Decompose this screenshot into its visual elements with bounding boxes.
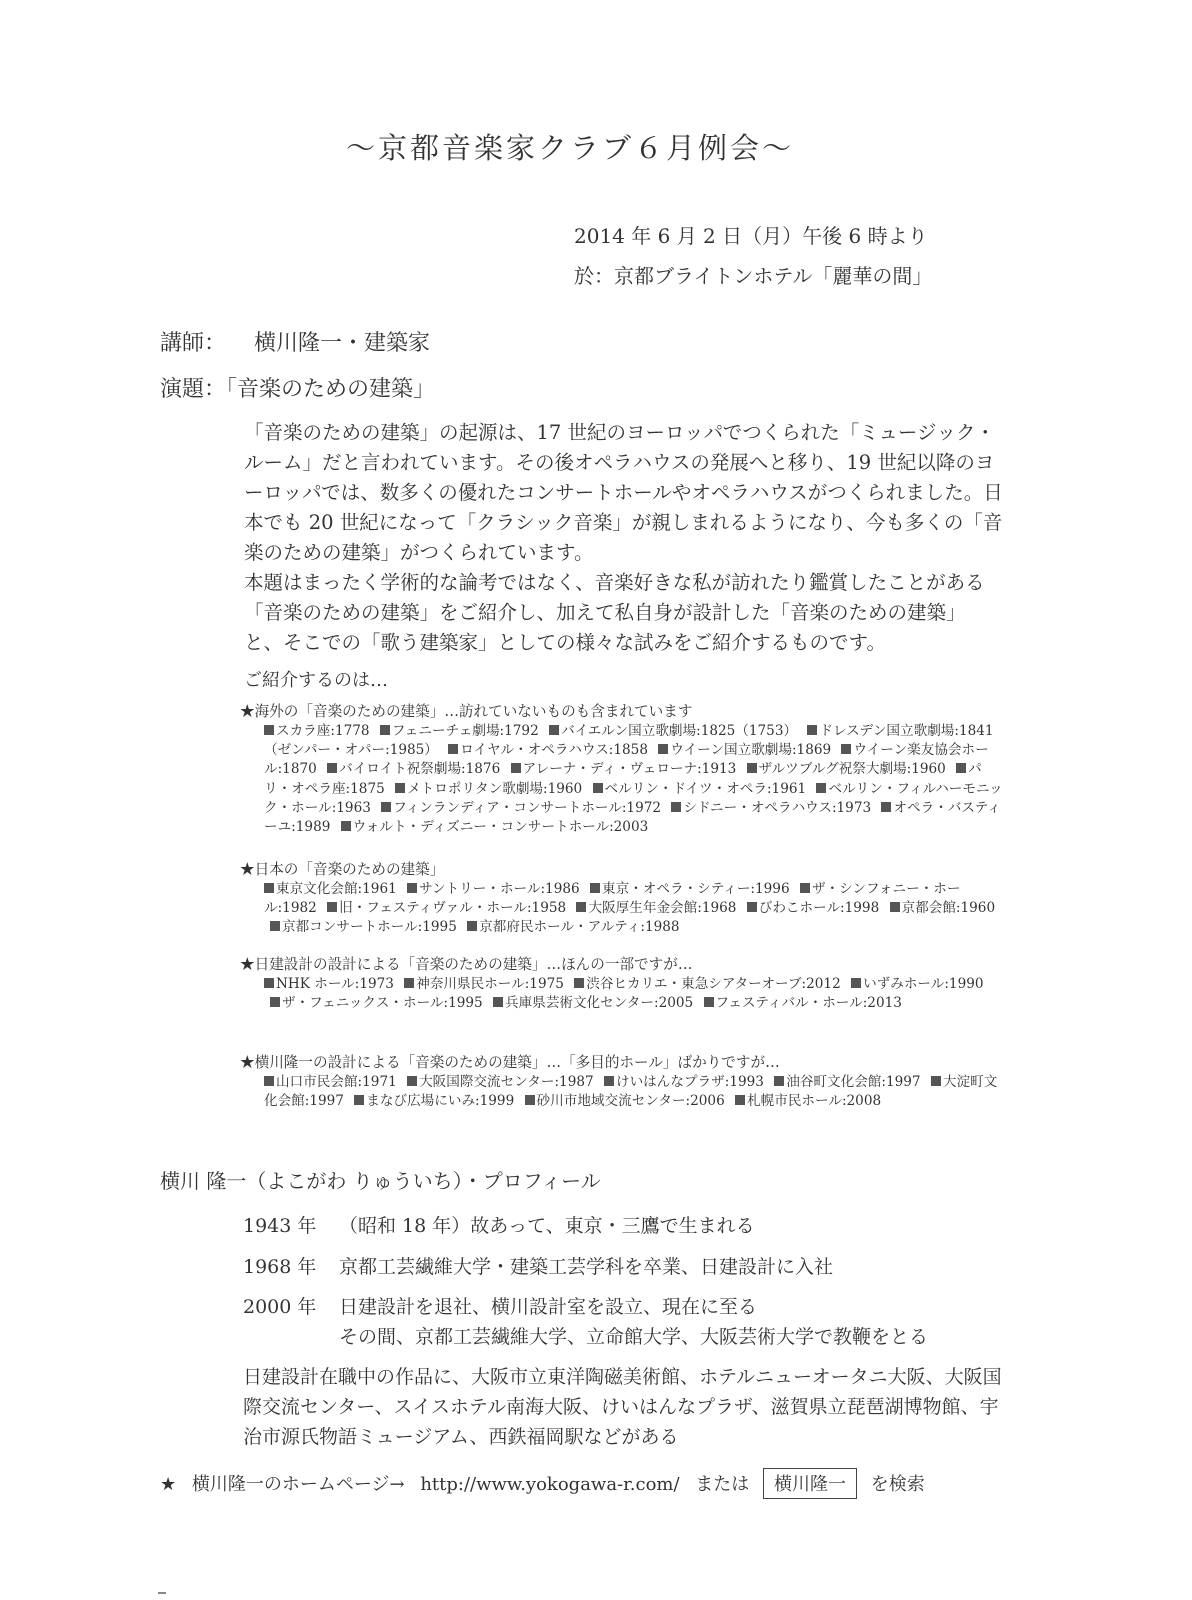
- venue-item: フィンランディア・コンサートホール:1972: [393, 800, 661, 816]
- square-bullet-icon: [549, 725, 559, 735]
- venue-item: 大阪厚生年金会館:1968: [588, 900, 736, 916]
- star-icon: ★: [160, 1474, 176, 1495]
- venue-list: NHK ホール:1973 神奈川県民ホール:1975 渋谷ヒカリエ・東急シアター…: [240, 975, 1004, 1013]
- venue-item: 東京・オペラ・シティー:1996: [602, 881, 790, 897]
- page-title: ～京都音楽家クラブ６月例会～: [0, 126, 1140, 167]
- venue-item: 大阪国際交流センター:1987: [419, 1074, 594, 1090]
- square-bullet-icon: [890, 902, 900, 912]
- history-row: 2000 年日建設計を退社、横川設計室を設立、現在に至る: [243, 1292, 757, 1319]
- square-bullet-icon: [404, 978, 414, 988]
- lecturer-row: 講師：横川隆一・建築家: [160, 326, 430, 357]
- profile-works: 日建設計在職中の作品に、大阪市立東洋陶磁美術館、ホテルニューオータニ大阪、大阪国…: [243, 1362, 1003, 1452]
- group-heading: ★横川隆一の設計による「音楽のための建築」…「多目的ホール」ばかりですが…: [240, 1053, 1010, 1073]
- venue-item: 京都コンサートホール:1995: [282, 919, 457, 935]
- venue-item: 渋谷ヒカリエ・東急シアターオーブ:2012: [586, 976, 841, 992]
- venue-group-overseas: ★海外の「音楽のための建築」…訪れていないものも含まれています スカラ座:177…: [240, 702, 1010, 837]
- venue-item: ザルツブルグ祝祭大劇場:1960: [759, 761, 946, 777]
- venue-item: 札幌市民ホール:2008: [747, 1093, 881, 1109]
- history-text: 日建設計を退社、横川設計室を設立、現在に至る: [339, 1296, 757, 1318]
- lecturer-name: 横川隆一・建築家: [254, 331, 430, 356]
- square-bullet-icon: [671, 802, 681, 812]
- venue-item: サントリー・ホール:1986: [419, 881, 580, 897]
- square-bullet-icon: [354, 1095, 364, 1105]
- lecturer-label: 講師：: [160, 331, 226, 356]
- venue-group-japan: ★日本の「音楽のための建築」 東京文化会館:1961 サントリー・ホール:198…: [240, 860, 1010, 938]
- homepage-label: 横川隆一のホームページ→: [192, 1474, 405, 1495]
- square-bullet-icon: [270, 921, 280, 931]
- group-heading: ★日建設計の設計による「音楽のための建築」…ほんの一部ですが…: [240, 955, 1010, 975]
- venue-item: ザ・フェニックス・ホール:1995: [282, 995, 483, 1011]
- square-bullet-icon: [931, 1076, 941, 1086]
- square-bullet-icon: [841, 744, 851, 754]
- group-heading: ★海外の「音楽のための建築」…訪れていないものも含まれています: [240, 702, 1010, 722]
- history-year: 1968 年: [243, 1252, 339, 1279]
- history-text: （昭和 18 年）故あって、東京・三鷹で生まれる: [339, 1215, 755, 1237]
- venue-item: 京都会館:1960: [902, 900, 996, 916]
- search-term-box: 横川隆一: [763, 1468, 857, 1499]
- square-bullet-icon: [381, 802, 391, 812]
- square-bullet-icon: [380, 725, 390, 735]
- history-year: 2000 年: [243, 1292, 339, 1319]
- description: 「音楽のための建築」の起源は、17 世紀のヨーロッパでつくられた「ミュージック・…: [244, 418, 1004, 658]
- square-bullet-icon: [448, 744, 458, 754]
- venue-item: いずみホール:1990: [863, 976, 983, 992]
- venue-item: 兵庫県芸術文化センター:2005: [505, 995, 693, 1011]
- venue-item: アレーナ・ディ・ヴェローナ:1913: [523, 761, 737, 777]
- square-bullet-icon: [590, 883, 600, 893]
- square-bullet-icon: [511, 763, 521, 773]
- venue-item: けいはんなプラザ:1993: [616, 1074, 764, 1090]
- square-bullet-icon: [493, 997, 503, 1007]
- venue-item: バイエルン国立歌劇場:1825（1753）: [561, 723, 797, 739]
- topic-row: 演題：「音楽のための建築」: [160, 372, 435, 403]
- scan-mark: [158, 1592, 166, 1594]
- square-bullet-icon: [593, 783, 603, 793]
- history-row: 1943 年（昭和 18 年）故あって、東京・三鷹で生まれる: [243, 1211, 755, 1238]
- venue-item: ベルリン・ドイツ・オペラ:1961: [605, 781, 807, 797]
- square-bullet-icon: [576, 902, 586, 912]
- venue-group-yokogawa: ★横川隆一の設計による「音楽のための建築」…「多目的ホール」ばかりですが… 山口…: [240, 1053, 1010, 1111]
- venue-item: 砂川市地域交流センター:2006: [537, 1093, 725, 1109]
- square-bullet-icon: [270, 997, 280, 1007]
- venue-item: シドニー・オペラハウス:1973: [683, 800, 871, 816]
- square-bullet-icon: [467, 921, 477, 931]
- venue-list: スカラ座:1778 フェニーチェ劇場:1792 バイエルン国立歌劇場:1825（…: [240, 722, 1004, 837]
- venue-item: 東京文化会館:1961: [276, 881, 397, 897]
- group-heading: ★日本の「音楽のための建築」: [240, 860, 1010, 880]
- venue-group-nikken: ★日建設計の設計による「音楽のための建築」…ほんの一部ですが… NHK ホール:…: [240, 955, 1010, 1013]
- history-text: 京都工芸繊維大学・建築工芸学科を卒業、日建設計に入社: [339, 1256, 833, 1278]
- venue-item: 山口市民会館:1971: [276, 1074, 397, 1090]
- event-venue: 於：京都ブライトンホテル「麗華の間」: [574, 260, 932, 289]
- square-bullet-icon: [800, 883, 810, 893]
- square-bullet-icon: [747, 763, 757, 773]
- topic-title: 「音楽のための建築」: [226, 377, 435, 402]
- venue-item: スカラ座:1778: [276, 723, 370, 739]
- venue-item: 京都府民ホール・アルティ:1988: [479, 919, 679, 935]
- profile-title: 横川 隆一（よこがわ りゅういち）・プロフィール: [160, 1165, 601, 1194]
- square-bullet-icon: [774, 1076, 784, 1086]
- square-bullet-icon: [604, 1076, 614, 1086]
- square-bullet-icon: [407, 1076, 417, 1086]
- venue-list: 東京文化会館:1961 サントリー・ホール:1986 東京・オペラ・シティー:1…: [240, 880, 1004, 938]
- square-bullet-icon: [658, 744, 668, 754]
- topic-label: 演題：: [160, 377, 226, 402]
- square-bullet-icon: [264, 1076, 274, 1086]
- square-bullet-icon: [327, 763, 337, 773]
- description-paragraph: 本題はまったく学術的な論考ではなく、音楽好きな私が訪れたり鑑賞したことがある「音…: [244, 568, 1004, 658]
- footer: ★ 横川隆一のホームページ→ http://www.yokogawa-r.com…: [160, 1468, 925, 1499]
- venue-item: ロイヤル・オペラハウス:1858: [460, 742, 648, 758]
- square-bullet-icon: [264, 883, 274, 893]
- square-bullet-icon: [395, 783, 405, 793]
- description-paragraph: 「音楽のための建築」の起源は、17 世紀のヨーロッパでつくられた「ミュージック・…: [244, 418, 1004, 568]
- venue-item: バイロイト祝祭劇場:1876: [339, 761, 500, 777]
- venue-list: 山口市民会館:1971 大阪国際交流センター:1987 けいはんなプラザ:199…: [240, 1073, 1004, 1111]
- history-note: その間、京都工芸繊維大学、立命館大学、大阪芸術大学で教鞭をとる: [339, 1322, 928, 1349]
- square-bullet-icon: [525, 1095, 535, 1105]
- venue-item: びわこホール:1998: [759, 900, 879, 916]
- square-bullet-icon: [264, 725, 274, 735]
- venue-item: まなび広場にいみ:1999: [366, 1093, 514, 1109]
- history-row: 1968 年京都工芸繊維大学・建築工芸学科を卒業、日建設計に入社: [243, 1252, 833, 1279]
- square-bullet-icon: [816, 783, 826, 793]
- square-bullet-icon: [881, 802, 891, 812]
- venue-item: 神奈川県民ホール:1975: [416, 976, 564, 992]
- venue-item: ウォルト・ディズニー・コンサートホール:2003: [353, 819, 649, 835]
- square-bullet-icon: [341, 821, 351, 831]
- venue-item: ウイーン国立歌劇場:1869: [670, 742, 831, 758]
- venue-item: 油谷町文化会館:1997: [786, 1074, 920, 1090]
- square-bullet-icon: [327, 902, 337, 912]
- square-bullet-icon: [704, 997, 714, 1007]
- square-bullet-icon: [851, 978, 861, 988]
- venue-item: メトロポリタン歌劇場:1960: [407, 781, 582, 797]
- square-bullet-icon: [807, 725, 817, 735]
- square-bullet-icon: [735, 1095, 745, 1105]
- homepage-link[interactable]: http://www.yokogawa-r.com/: [420, 1474, 679, 1495]
- venue-item: NHK ホール:1973: [276, 976, 394, 992]
- history-year: 1943 年: [243, 1211, 339, 1238]
- square-bullet-icon: [574, 978, 584, 988]
- venue-item: フェニーチェ劇場:1792: [392, 723, 539, 739]
- venue-item: 旧・フェスティヴァル・ホール:1958: [339, 900, 566, 916]
- square-bullet-icon: [264, 978, 274, 988]
- square-bullet-icon: [407, 883, 417, 893]
- square-bullet-icon: [747, 902, 757, 912]
- intro-label: ご紹介するのは…: [244, 666, 388, 692]
- venue-item: フェスティバル・ホール:2013: [716, 995, 902, 1011]
- event-datetime: 2014 年 6 月 2 日（月）午後 6 時より: [574, 220, 928, 249]
- search-suffix: を検索: [871, 1474, 925, 1495]
- square-bullet-icon: [956, 763, 966, 773]
- or-text: または: [695, 1474, 749, 1495]
